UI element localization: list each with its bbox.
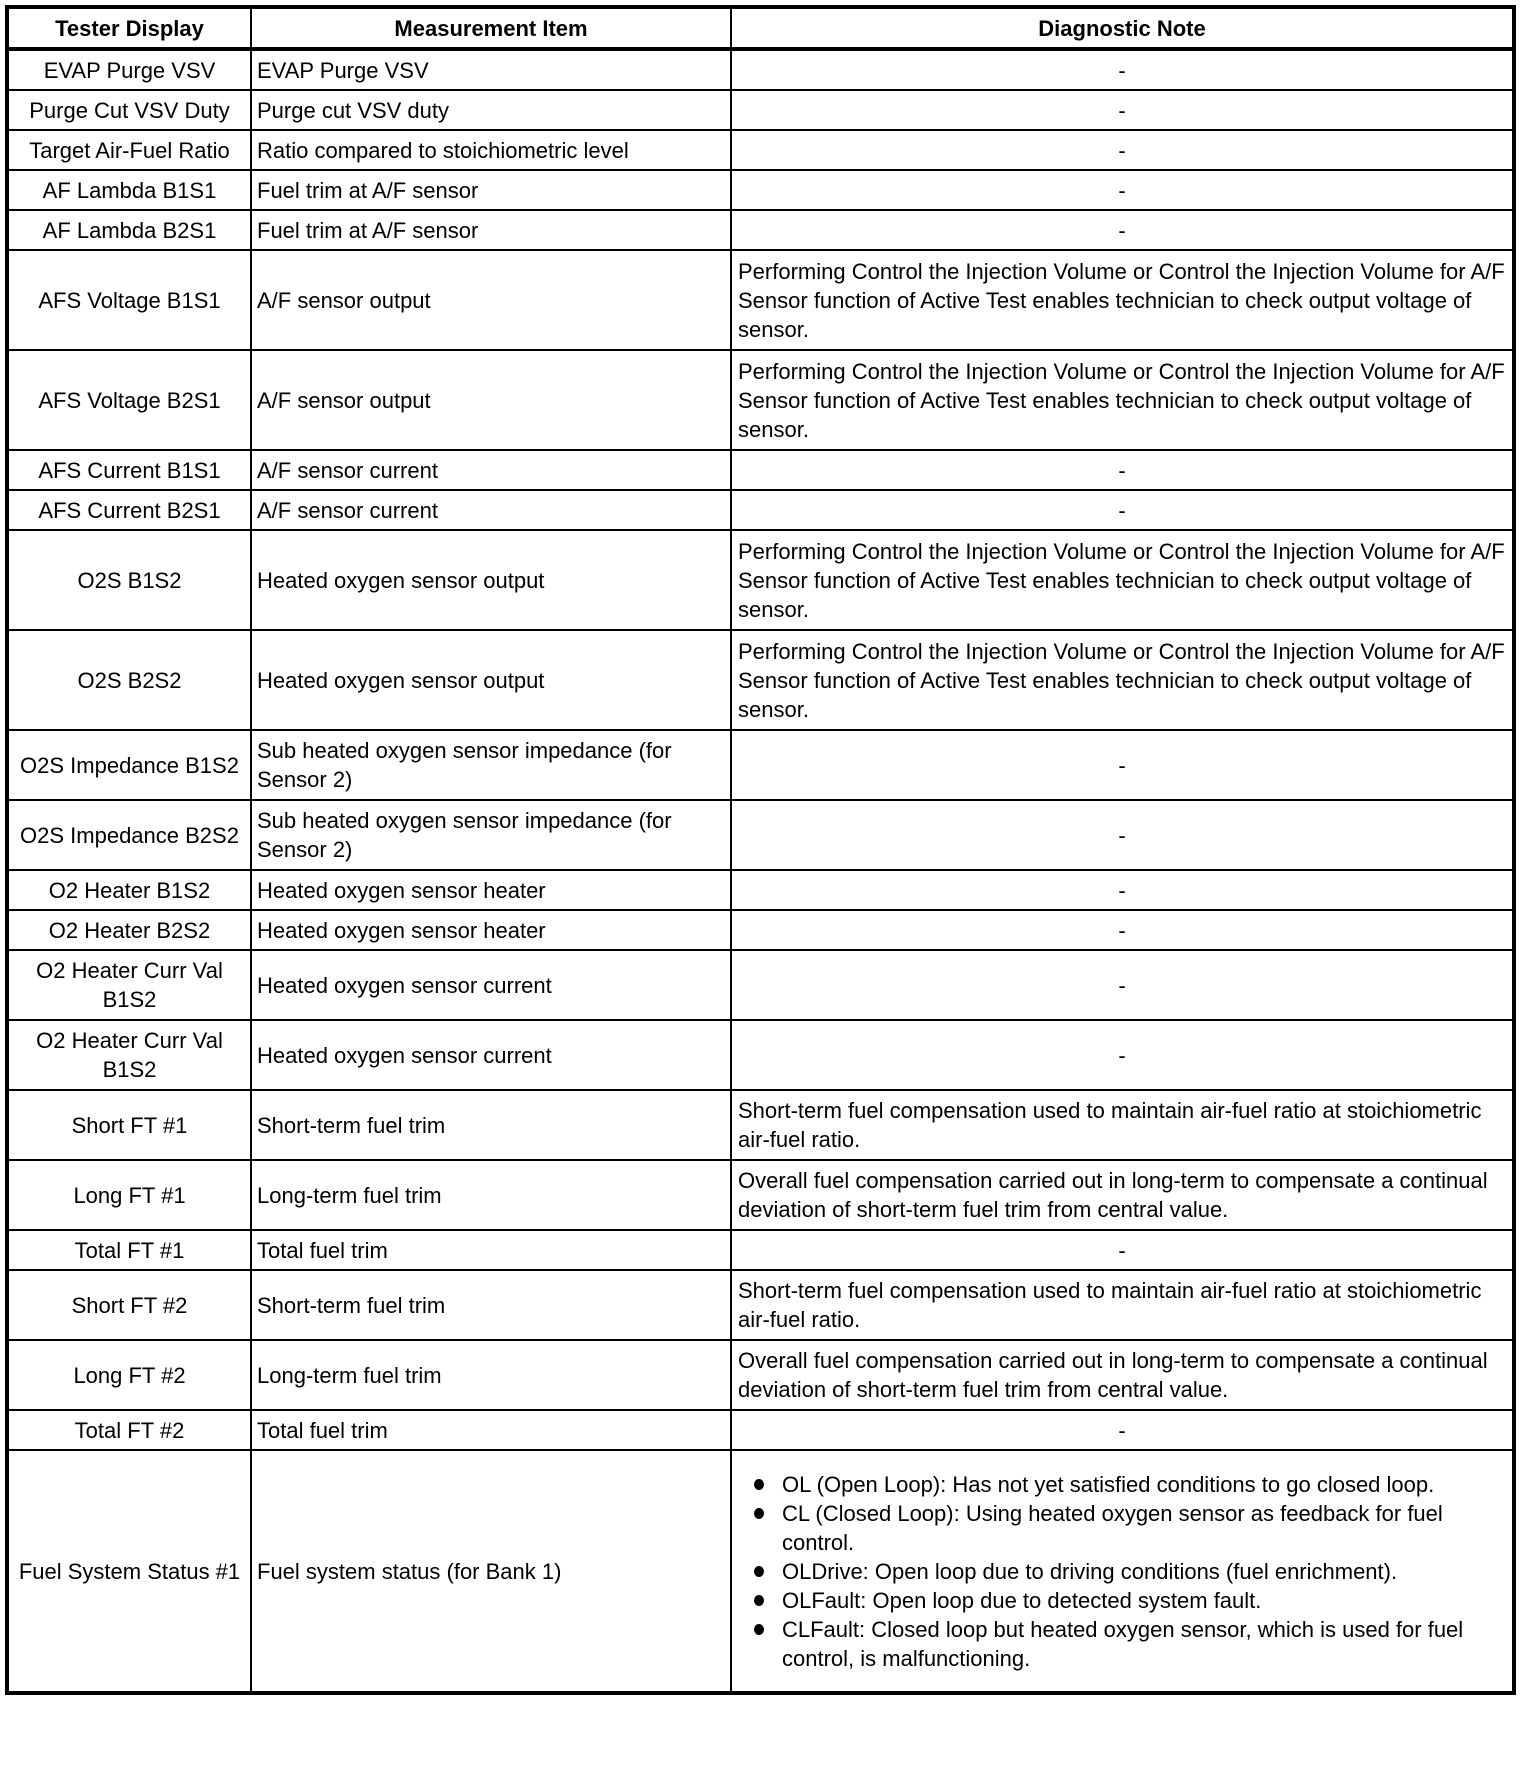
diagnostic-note-cell: - (731, 910, 1514, 950)
header-diagnostic-note: Diagnostic Note (731, 7, 1514, 49)
table-row: AFS Current B2S1A/F sensor current- (7, 490, 1514, 530)
table-row: Short FT #1Short-term fuel trimShort-ter… (7, 1090, 1514, 1160)
measurement-item-cell: Ratio compared to stoichiometric level (251, 130, 731, 170)
diagnostic-note-cell: - (731, 730, 1514, 800)
diagnostic-note-cell: Performing Control the Injection Volume … (731, 350, 1514, 450)
header-tester-display: Tester Display (7, 7, 251, 49)
diagnostic-note-cell: Short-term fuel compensation used to mai… (731, 1090, 1514, 1160)
list-item-text: CL (Closed Loop): Using heated oxygen se… (782, 1501, 1443, 1555)
document-page: Tester Display Measurement Item Diagnost… (5, 5, 1512, 1695)
table-row: AFS Voltage B1S1A/F sensor outputPerform… (7, 250, 1514, 350)
table-row: EVAP Purge VSVEVAP Purge VSV- (7, 49, 1514, 90)
measurement-item-cell: Long-term fuel trim (251, 1160, 731, 1230)
tester-display-cell: Long FT #1 (7, 1160, 251, 1230)
list-item-text: CLFault: Closed loop but heated oxygen s… (782, 1617, 1463, 1671)
diagnostic-note-cell: - (731, 950, 1514, 1020)
list-item: OLFault: Open loop due to detected syste… (782, 1586, 1506, 1615)
diagnostic-note-cell: - (731, 490, 1514, 530)
list-item: OLDrive: Open loop due to driving condit… (782, 1557, 1506, 1586)
tester-display-cell: O2 Heater B1S2 (7, 870, 251, 910)
table-row: AF Lambda B2S1Fuel trim at A/F sensor- (7, 210, 1514, 250)
measurement-item-cell: Heated oxygen sensor output (251, 530, 731, 630)
bullet-icon (754, 1595, 764, 1606)
header-measurement-item: Measurement Item (251, 7, 731, 49)
bullet-icon (754, 1566, 764, 1577)
data-list-table: Tester Display Measurement Item Diagnost… (5, 5, 1516, 1695)
tester-display-cell: EVAP Purge VSV (7, 49, 251, 90)
diagnostic-note-cell: - (731, 210, 1514, 250)
diagnostic-note-cell: - (731, 870, 1514, 910)
tester-display-cell: Fuel System Status #1 (7, 1450, 251, 1693)
tester-display-cell: Total FT #2 (7, 1410, 251, 1450)
table-row: O2 Heater B1S2Heated oxygen sensor heate… (7, 870, 1514, 910)
bullet-icon (754, 1508, 764, 1519)
diagnostic-note-cell: Overall fuel compensation carried out in… (731, 1160, 1514, 1230)
measurement-item-cell: Sub heated oxygen sensor impedance (for … (251, 800, 731, 870)
tester-display-cell: AFS Voltage B1S1 (7, 250, 251, 350)
measurement-item-cell: EVAP Purge VSV (251, 49, 731, 90)
tester-display-cell: AFS Voltage B2S1 (7, 350, 251, 450)
measurement-item-cell: Heated oxygen sensor heater (251, 910, 731, 950)
measurement-item-cell: Short-term fuel trim (251, 1270, 731, 1340)
measurement-item-cell: Sub heated oxygen sensor impedance (for … (251, 730, 731, 800)
measurement-item-cell: A/F sensor current (251, 450, 731, 490)
tester-display-cell: Long FT #2 (7, 1340, 251, 1410)
table-row: AFS Voltage B2S1A/F sensor outputPerform… (7, 350, 1514, 450)
fuel-status-list: OL (Open Loop): Has not yet satisfied co… (738, 1470, 1506, 1673)
tester-display-cell: O2 Heater Curr Val B1S2 (7, 1020, 251, 1090)
table-row: Total FT #1Total fuel trim- (7, 1230, 1514, 1270)
measurement-item-cell: Total fuel trim (251, 1410, 731, 1450)
tester-display-cell: O2 Heater B2S2 (7, 910, 251, 950)
diagnostic-note-cell: Short-term fuel compensation used to mai… (731, 1270, 1514, 1340)
diagnostic-note-cell: - (731, 1410, 1514, 1450)
diagnostic-note-cell: Overall fuel compensation carried out in… (731, 1340, 1514, 1410)
tester-display-cell: Short FT #1 (7, 1090, 251, 1160)
table-row: Long FT #2Long-term fuel trimOverall fue… (7, 1340, 1514, 1410)
measurement-item-cell: Purge cut VSV duty (251, 90, 731, 130)
table-row: Purge Cut VSV DutyPurge cut VSV duty- (7, 90, 1514, 130)
measurement-item-cell: Heated oxygen sensor output (251, 630, 731, 730)
table-row: AF Lambda B1S1Fuel trim at A/F sensor- (7, 170, 1514, 210)
table-row: Short FT #2Short-term fuel trimShort-ter… (7, 1270, 1514, 1340)
table-row: O2S B2S2Heated oxygen sensor outputPerfo… (7, 630, 1514, 730)
table-row: O2 Heater Curr Val B1S2Heated oxygen sen… (7, 1020, 1514, 1090)
measurement-item-cell: Heated oxygen sensor current (251, 950, 731, 1020)
table-row: O2S Impedance B2S2Sub heated oxygen sens… (7, 800, 1514, 870)
tester-display-cell: AF Lambda B1S1 (7, 170, 251, 210)
tester-display-cell: Total FT #1 (7, 1230, 251, 1270)
tester-display-cell: Target Air-Fuel Ratio (7, 130, 251, 170)
diagnostic-note-cell: Performing Control the Injection Volume … (731, 250, 1514, 350)
tester-display-cell: O2S B1S2 (7, 530, 251, 630)
table-row: Target Air-Fuel RatioRatio compared to s… (7, 130, 1514, 170)
diagnostic-note-cell: - (731, 800, 1514, 870)
table-header-row: Tester Display Measurement Item Diagnost… (7, 7, 1514, 49)
list-item: CLFault: Closed loop but heated oxygen s… (782, 1615, 1506, 1673)
measurement-item-cell: Long-term fuel trim (251, 1340, 731, 1410)
tester-display-cell: Short FT #2 (7, 1270, 251, 1340)
tester-display-cell: O2 Heater Curr Val B1S2 (7, 950, 251, 1020)
diagnostic-note-cell: - (731, 170, 1514, 210)
measurement-item-cell: A/F sensor output (251, 250, 731, 350)
list-item-text: OLDrive: Open loop due to driving condit… (782, 1559, 1397, 1584)
list-item-text: OL (Open Loop): Has not yet satisfied co… (782, 1472, 1434, 1497)
table-row: O2 Heater Curr Val B1S2Heated oxygen sen… (7, 950, 1514, 1020)
tester-display-cell: O2S Impedance B1S2 (7, 730, 251, 800)
diagnostic-note-cell: Performing Control the Injection Volume … (731, 530, 1514, 630)
diagnostic-note-cell: - (731, 450, 1514, 490)
bullet-icon (754, 1479, 764, 1490)
tester-display-cell: AF Lambda B2S1 (7, 210, 251, 250)
measurement-item-cell: Heated oxygen sensor current (251, 1020, 731, 1090)
measurement-item-cell: A/F sensor output (251, 350, 731, 450)
tester-display-cell: AFS Current B1S1 (7, 450, 251, 490)
diagnostic-note-cell: - (731, 90, 1514, 130)
diagnostic-note-cell: - (731, 1230, 1514, 1270)
list-item-text: OLFault: Open loop due to detected syste… (782, 1588, 1261, 1613)
tester-display-cell: O2S B2S2 (7, 630, 251, 730)
measurement-item-cell: Heated oxygen sensor heater (251, 870, 731, 910)
measurement-item-cell: Fuel trim at A/F sensor (251, 170, 731, 210)
table-row: O2S B1S2Heated oxygen sensor outputPerfo… (7, 530, 1514, 630)
diagnostic-note-cell: - (731, 1020, 1514, 1090)
table-row: Fuel System Status #1Fuel system status … (7, 1450, 1514, 1693)
measurement-item-cell: Short-term fuel trim (251, 1090, 731, 1160)
measurement-item-cell: A/F sensor current (251, 490, 731, 530)
table-row: Long FT #1Long-term fuel trimOverall fue… (7, 1160, 1514, 1230)
table-row: AFS Current B1S1A/F sensor current- (7, 450, 1514, 490)
diagnostic-note-cell: OL (Open Loop): Has not yet satisfied co… (731, 1450, 1514, 1693)
measurement-item-cell: Fuel trim at A/F sensor (251, 210, 731, 250)
diagnostic-note-cell: - (731, 130, 1514, 170)
tester-display-cell: Purge Cut VSV Duty (7, 90, 251, 130)
diagnostic-note-cell: - (731, 49, 1514, 90)
list-item: OL (Open Loop): Has not yet satisfied co… (782, 1470, 1506, 1499)
tester-display-cell: O2S Impedance B2S2 (7, 800, 251, 870)
table-row: Total FT #2Total fuel trim- (7, 1410, 1514, 1450)
bullet-icon (754, 1624, 764, 1635)
measurement-item-cell: Fuel system status (for Bank 1) (251, 1450, 731, 1693)
diagnostic-note-cell: Performing Control the Injection Volume … (731, 630, 1514, 730)
tester-display-cell: AFS Current B2S1 (7, 490, 251, 530)
table-row: O2S Impedance B1S2Sub heated oxygen sens… (7, 730, 1514, 800)
list-item: CL (Closed Loop): Using heated oxygen se… (782, 1499, 1506, 1557)
table-row: O2 Heater B2S2Heated oxygen sensor heate… (7, 910, 1514, 950)
measurement-item-cell: Total fuel trim (251, 1230, 731, 1270)
